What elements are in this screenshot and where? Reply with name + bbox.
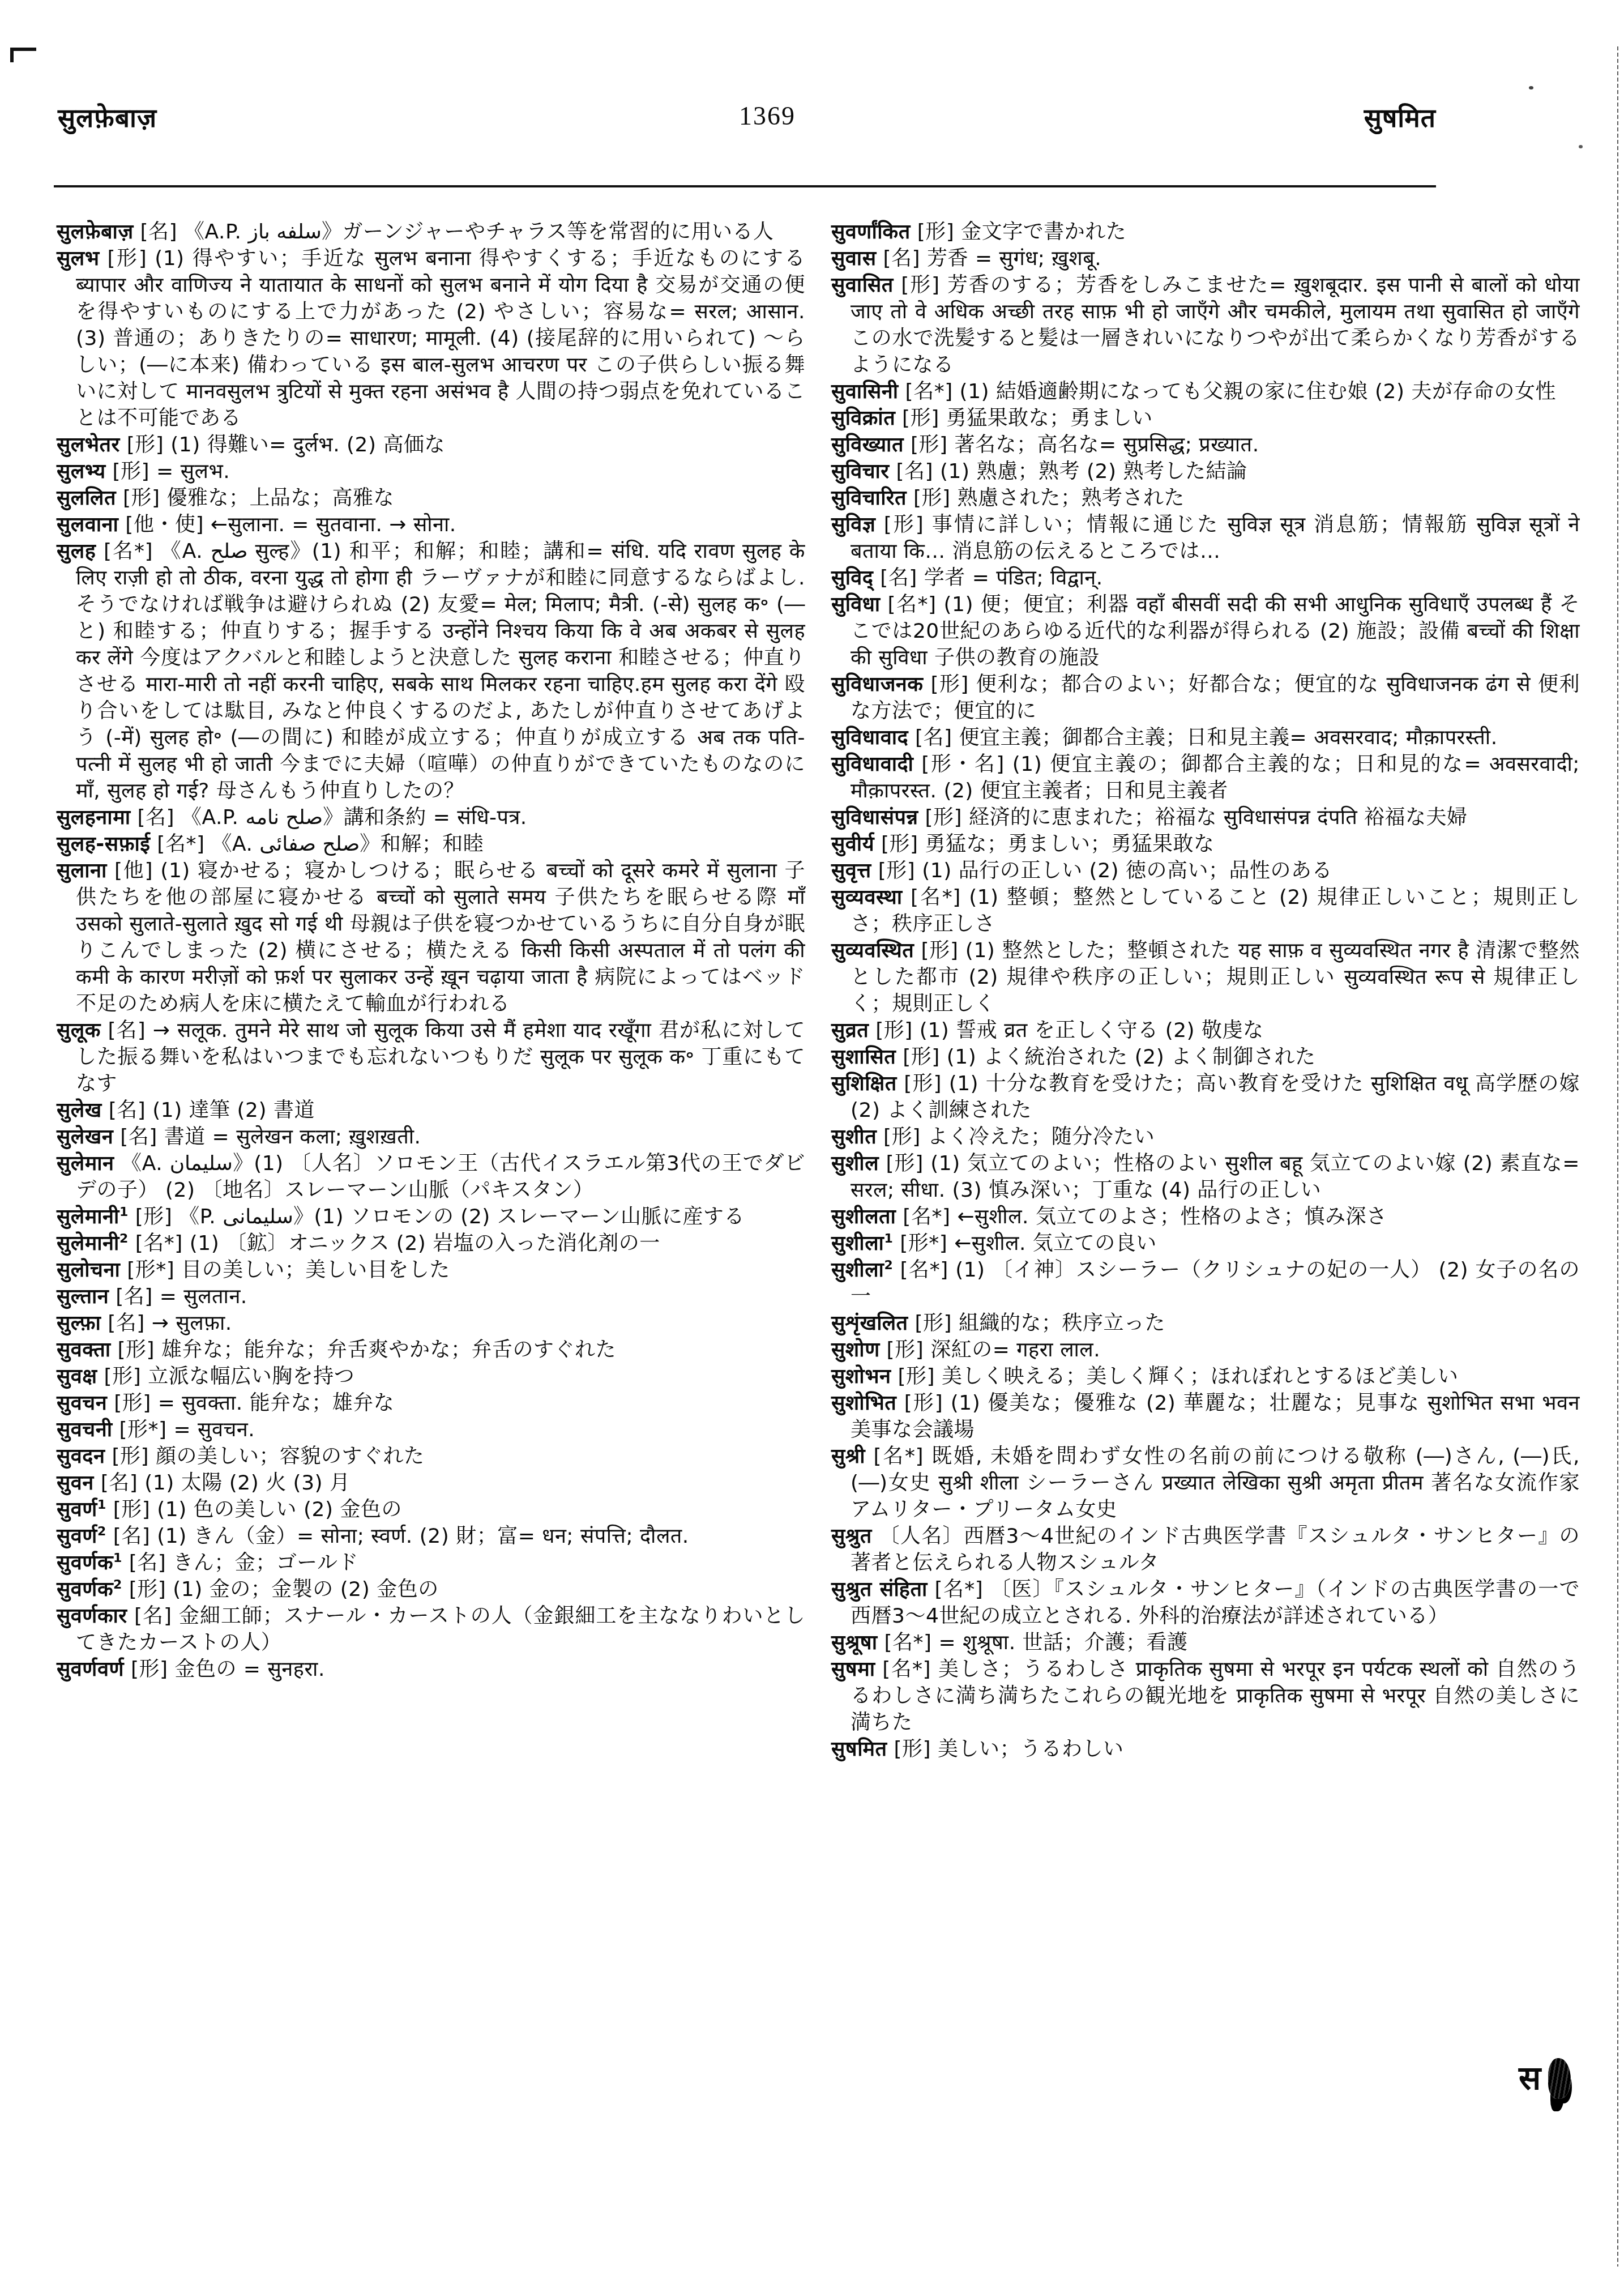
headword: सुविधावादी (831, 753, 913, 776)
headword: सुविधा (831, 593, 881, 616)
dictionary-entry: सुलभेतर [形] (1) 得難い= दुर्लभ. (2) 高価な (57, 432, 805, 458)
dictionary-entry: सुल्तान [名] = सुलतान. (57, 1283, 805, 1310)
scan-speck (1579, 145, 1583, 148)
headword: सुवक्ता (57, 1338, 111, 1361)
headword: सुशृंखलित (831, 1312, 908, 1335)
dictionary-entry: सुश्रुत 〔人名〕西暦3～4世紀のインド古典医学書『スシュルタ・サンヒター… (831, 1523, 1580, 1576)
headword: सुशीला1 (831, 1232, 893, 1255)
headword: सुलह (57, 540, 96, 563)
dictionary-entry: सुशिक्षित [形] (1) 十分な教育を受けた；高い教育を受けた सुश… (831, 1070, 1580, 1124)
dictionary-entry: सुलेमान 《A. سليمان》(1) 〔人名〕ソロモン王（古代イスラエル… (57, 1150, 805, 1203)
dictionary-entry: सुशीत [形] よく冷えた；随分冷たい (831, 1124, 1580, 1150)
thumb-index-marker: स (1519, 2061, 1598, 2118)
column-right: सुवर्णांकित [形] 金文字で書かれたसुवास [名] 芳香 = स… (831, 219, 1580, 1762)
dictionary-entry: सुशीला1 [形*] ←सुशील. 気立ての良い (831, 1230, 1580, 1257)
headword: सुवर्णकार (57, 1604, 127, 1628)
dictionary-entry: सुवर्ण2 [名] (1) きん（金）= सोना; स्वर्ण. (2)… (57, 1523, 805, 1550)
dictionary-entry: सुविधा [名*] (1) 便；便宜；利器 वहाँ बीसवीं सदी … (831, 591, 1580, 671)
thumb-index-letter: स (1519, 2061, 1541, 2094)
dictionary-entry: सुवास [名] 芳香 = सुगंध; ख़ुशबू. (831, 245, 1580, 272)
scan-edge-line (1617, 46, 1618, 2267)
ink-smudge (1548, 2058, 1571, 2099)
headword: सुव्रत (831, 1019, 869, 1042)
headword: सुवदन (57, 1445, 105, 1468)
homonym-number: 2 (884, 1258, 893, 1273)
headword: सुश्रूषा (831, 1631, 877, 1654)
headword: सुविख्यात (831, 433, 904, 456)
dictionary-entry: सुविचार [名] (1) 熟慮；熟考 (2) 熟考した結論 (831, 458, 1580, 485)
headword: सुलफ़ेबाज़ (57, 220, 134, 244)
dictionary-entry: सुवासित [形] 芳香のする；芳香をしみこませた= ख़ुशबूदार. … (831, 272, 1580, 378)
guide-word-right: सुषमित (1319, 100, 1436, 135)
dictionary-entry: सुवर्ण1 [形] (1) 色の美しい (2) 金色の (57, 1496, 805, 1523)
headword: सुवन (57, 1471, 94, 1495)
dictionary-entry: सुविक्रांत [形] 勇猛果敢な；勇ましい (831, 405, 1580, 432)
headword: सुलभ्य (57, 460, 106, 483)
headword: सुवर्णक1 (57, 1551, 122, 1574)
dictionary-entry: सुलूक [名] → सलूक. तुमने मेरे साथ जो सुलू… (57, 1017, 805, 1097)
dictionary-entry: सुविधावादी [形・名] (1) 便宜主義の；御都合主義的な；日和見的な… (831, 751, 1580, 804)
dictionary-entry: सुलभ्य [形] = सुलभ. (57, 458, 805, 485)
header-rule (54, 185, 1436, 187)
headword: सुवर्णवर्ण (57, 1658, 124, 1681)
headword: सुललित (57, 486, 116, 510)
dictionary-entry: सुविधासंपन्न [形] 経済的に恵まれた；裕福な सुविधासंपन… (831, 804, 1580, 831)
dictionary-entry: सुविद् [名] 学者 = पंडित; विद्वान्. (831, 565, 1580, 591)
dictionary-entry: सुशीला2 [名*] (1) 〔イ神〕スシーラー（クリシュナの妃の一人） (… (831, 1257, 1580, 1310)
headword: सुश्रुत संहिता (831, 1578, 928, 1601)
dictionary-entry: सुवासिनी [名*] (1) 結婚適齢期になっても父親の家に住む娘 (2)… (831, 378, 1580, 405)
headword: सुशील (831, 1152, 879, 1175)
headword: सुशोण (831, 1338, 880, 1361)
homonym-number: 2 (113, 1578, 122, 1592)
dictionary-entry: सुलेमानी1 [形] 《P. سليمانى》(1) ソロモンの (2) … (57, 1203, 805, 1230)
dictionary-entry: सुव्रत [形] (1) 誓戒 व्रत を正しく守る (2) 敬虔な (831, 1017, 1580, 1044)
dictionary-entry: सुलभ [形] (1) 得やすい；手近な सुलभ बनाना 得やすくする；… (57, 245, 805, 432)
dictionary-entry: सुश्रुत संहिता [名*] 〔医〕『スシュルタ・サンヒター』（インド… (831, 1576, 1580, 1629)
headword: सुलेख (57, 1099, 102, 1122)
headword: सुवासित (831, 274, 894, 297)
dictionary-entry: सुषमा [名*] 美しさ；うるわしさ प्राकृतिक सुषमा से … (831, 1656, 1580, 1736)
dictionary-entry: सुलाना [他] (1) 寝かせる；寝かしつける；眠らせる बच्चों क… (57, 857, 805, 1017)
headword: सुषमित (831, 1738, 887, 1761)
headword: सुवचनी (57, 1418, 113, 1441)
scan-corner-mark (10, 48, 36, 51)
dictionary-entry: सुवर्णक1 [名] きん；金；ゴールド (57, 1550, 805, 1576)
headword: सुशासित (831, 1045, 896, 1069)
headword: सुविचारित (831, 486, 907, 510)
headword: सुवीर्य (831, 833, 874, 856)
homonym-number: 2 (119, 1232, 129, 1246)
homonym-number: 1 (97, 1498, 106, 1512)
headword: सुशीत (831, 1125, 877, 1149)
dictionary-entry: सुशृंखलित [形] 組織的な；秩序立った (831, 1310, 1580, 1337)
dictionary-entry: सुलहनामा [名] 《A.P. صلح نامه》講和条約 = संधि-… (57, 804, 805, 831)
scan-speck (1529, 86, 1533, 89)
dictionary-entry: सुलेमानी2 [名*] (1) 〔鉱〕オニックス (2) 岩塩の入った消化… (57, 1230, 805, 1257)
dictionary-entry: सुवीर्य [形] 勇猛な；勇ましい；勇猛果敢な (831, 831, 1580, 857)
dictionary-entry: सुविज्ञ [形] 事情に詳しい；情報に通じた सुविज्ञ सूत्र … (831, 511, 1580, 565)
column-left: सुलफ़ेबाज़ [名] 《A.P. سلفه باز》ガーンジャーやチャラ… (57, 219, 805, 1683)
headword: सुलह-सफ़ाई (57, 833, 150, 856)
headword: सुषमा (831, 1658, 875, 1681)
dictionary-entry: सुवृत्त [形] (1) 品行の正しい (2) 徳の高い；品性のある (831, 857, 1580, 884)
headword: सुलाना (57, 859, 107, 882)
headword: सुविधासंपन्न (831, 806, 918, 829)
headword: सुल्तान (57, 1285, 109, 1308)
headword: सुशीला2 (831, 1258, 893, 1282)
dictionary-entry: सुविख्यात [形] 著名な；高名な= सुप्रसिद्ध; प्रख्… (831, 432, 1580, 458)
scan-corner-mark (10, 48, 14, 62)
dictionary-entry: सुलोचना [形*] 目の美しい；美しい目をした (57, 1257, 805, 1283)
headword: सुलभ (57, 247, 100, 270)
headword: सुशीलता (831, 1205, 896, 1228)
dictionary-entry: सुवदन [形] 顔の美しい；容貌のすぐれた (57, 1443, 805, 1470)
headword: सुलोचना (57, 1258, 120, 1282)
dictionary-entry: सुलेख [名] (1) 達筆 (2) 書道 (57, 1097, 805, 1124)
headword: सुलेखन (57, 1125, 113, 1149)
page-number: 1369 (719, 101, 815, 131)
headword: सुल्फ़ा (57, 1312, 101, 1335)
dictionary-entry: सुशील [形] (1) 気立てのよい；性格のよい सुशील बहू 気立て… (831, 1150, 1580, 1203)
headword: सुशोभित (831, 1392, 896, 1415)
headword: सुवचन (57, 1392, 107, 1415)
headword: सुलवाना (57, 513, 118, 536)
homonym-number: 2 (97, 1525, 106, 1539)
headword: सुवासिनी (831, 380, 899, 403)
dictionary-entry: सुलफ़ेबाज़ [名] 《A.P. سلفه باز》ガーンジャーやチャラ… (57, 219, 805, 245)
headword: सुवृत्त (831, 859, 871, 882)
dictionary-entry: सुवक्ष [形] 立派な幅広い胸を持つ (57, 1363, 805, 1390)
homonym-number: 1 (884, 1232, 893, 1246)
dictionary-entry: सुश्री [名*] 既婚, 未婚を問わず女性の名前の前につける敬称 (―)さ… (831, 1443, 1580, 1523)
dictionary-entry: सुवर्णांकित [形] 金文字で書かれた (831, 219, 1580, 245)
dictionary-entry: सुविधावाद [名] 便宜主義；御都合主義；日和見主義= अवसरवाद;… (831, 724, 1580, 751)
headword: सुवर्णांकित (831, 220, 911, 244)
headword: सुवर्णक2 (57, 1578, 122, 1601)
headword: सुलेमानी1 (57, 1205, 129, 1228)
headword: सुलेमानी2 (57, 1232, 129, 1255)
headword: सुव्यवस्था (831, 886, 903, 909)
dictionary-entry: सुलह-सफ़ाई [名*] 《A. صلح صفائى》和解；和睦 (57, 831, 805, 857)
headword: सुलूक (57, 1019, 101, 1042)
dictionary-entry: सुशोभन [形] 美しく映える；美しく輝く；ほれぼれとするほど美しい (831, 1363, 1580, 1390)
headword: सुवर्ण1 (57, 1498, 106, 1521)
headword: सुलहनामा (57, 806, 131, 829)
dictionary-entry: सुशोण [形] 深紅の= गहरा लाल. (831, 1337, 1580, 1363)
dictionary-entry: सुविचारित [形] 熟慮された；熟考された (831, 485, 1580, 511)
headword: सुश्रुत (831, 1525, 872, 1548)
dictionary-entry: सुवचनी [形*] = सुवचन. (57, 1416, 805, 1443)
headword: सुविद् (831, 566, 873, 590)
homonym-number: 1 (119, 1205, 129, 1219)
dictionary-entry: सुलवाना [他・使] ←सुलाना. = सुतवाना. → सोना… (57, 511, 805, 538)
headword: सुलेमान (57, 1152, 114, 1175)
dictionary-entry: सुव्यवस्था [名*] (1) 整頓；整然としていること (2) 規律正… (831, 884, 1580, 937)
headword: सुवक्ष (57, 1365, 97, 1388)
headword: सुवास (831, 247, 877, 270)
headword: सुविधाजनक (831, 673, 923, 696)
dictionary-entry: सुव्यवस्थित [形] (1) 整然とした；整頓された यह साफ़ … (831, 937, 1580, 1017)
dictionary-entry: सुशीलता [名*] ←सुशील. 気立てのよさ；性格のよさ；慎み深さ (831, 1203, 1580, 1230)
headword: सुविक्रांत (831, 407, 895, 430)
dictionary-entry: सुशोभित [形] (1) 優美な；優雅な (2) 華麗な；壮麗な；見事な … (831, 1390, 1580, 1443)
dictionary-entry: सुश्रूषा [名*] = शुश्रूषा. 世話；介護；看護 (831, 1629, 1580, 1656)
headword: सुशोभन (831, 1365, 891, 1388)
dictionary-entry: सुवक्ता [形] 雄弁な；能弁な；弁舌爽やかな；弁舌のすぐれた (57, 1337, 805, 1363)
dictionary-entry: सुवचन [形] = सुवक्ता. 能弁な；雄弁な (57, 1390, 805, 1416)
dictionary-entry: सुवर्णकार [名] 金細工師；スナール・カーストの人（金銀細工を主ななり… (57, 1603, 805, 1656)
dictionary-entry: सुलेखन [名] 書道 = सुलेखन कला; ख़ुशख़ती. (57, 1124, 805, 1150)
headword: सुवर्ण2 (57, 1525, 106, 1548)
headword: सुव्यवस्थित (831, 939, 914, 962)
headword: सुलभेतर (57, 433, 120, 456)
dictionary-entry: सुवन [名] (1) 太陽 (2) 火 (3) 月 (57, 1470, 805, 1496)
headword: सुविज्ञ (831, 513, 875, 536)
dictionary-entry: सुललित [形] 優雅な；上品な；高雅な (57, 485, 805, 511)
dictionary-entry: सुषमित [形] 美しい；うるわしい (831, 1736, 1580, 1762)
homonym-number: 1 (113, 1551, 122, 1565)
headword: सुशिक्षित (831, 1072, 897, 1095)
dictionary-entry: सुवर्णवर्ण [形] 金色の = सुनहरा. (57, 1656, 805, 1683)
headword: सुविधावाद (831, 726, 908, 749)
dictionary-entry: सुविधाजनक [形] 便利な；都合のよい；好都合な；便宜的な सुविधा… (831, 671, 1580, 724)
headword: सुविचार (831, 460, 890, 483)
guide-word-left: सुलफ़ेबाज़ (58, 100, 157, 135)
dictionary-entry: सुलह [名*] 《A. صلح सुल्ह》(1) 和平；和解；和睦；講和=… (57, 538, 805, 804)
dictionary-entry: सुल्फ़ा [名] → सुलफ़ा. (57, 1310, 805, 1337)
dictionary-entry: सुवर्णक2 [形] (1) 金の；金製の (2) 金色の (57, 1576, 805, 1603)
dictionary-entry: सुशासित [形] (1) よく統治された (2) よく制御された (831, 1044, 1580, 1070)
headword: सुश्री (831, 1445, 865, 1468)
dictionary-page: सुलफ़ेबाज़ 1369 सुषमित सुलफ़ेबाज़ [名] 《A… (0, 0, 1624, 2292)
